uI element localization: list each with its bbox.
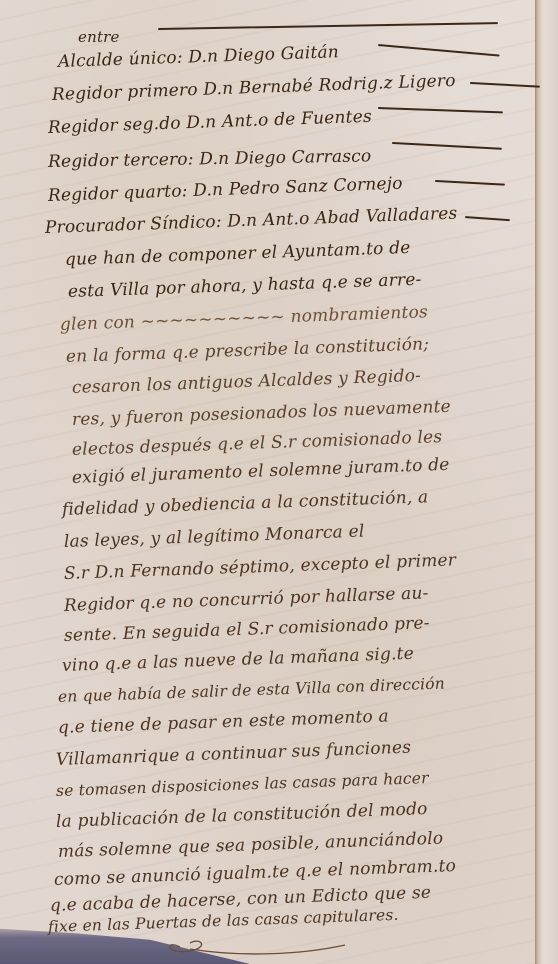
closing-flourish-icon (160, 935, 350, 959)
text-line: entre (78, 28, 120, 46)
page-edge (535, 0, 558, 964)
